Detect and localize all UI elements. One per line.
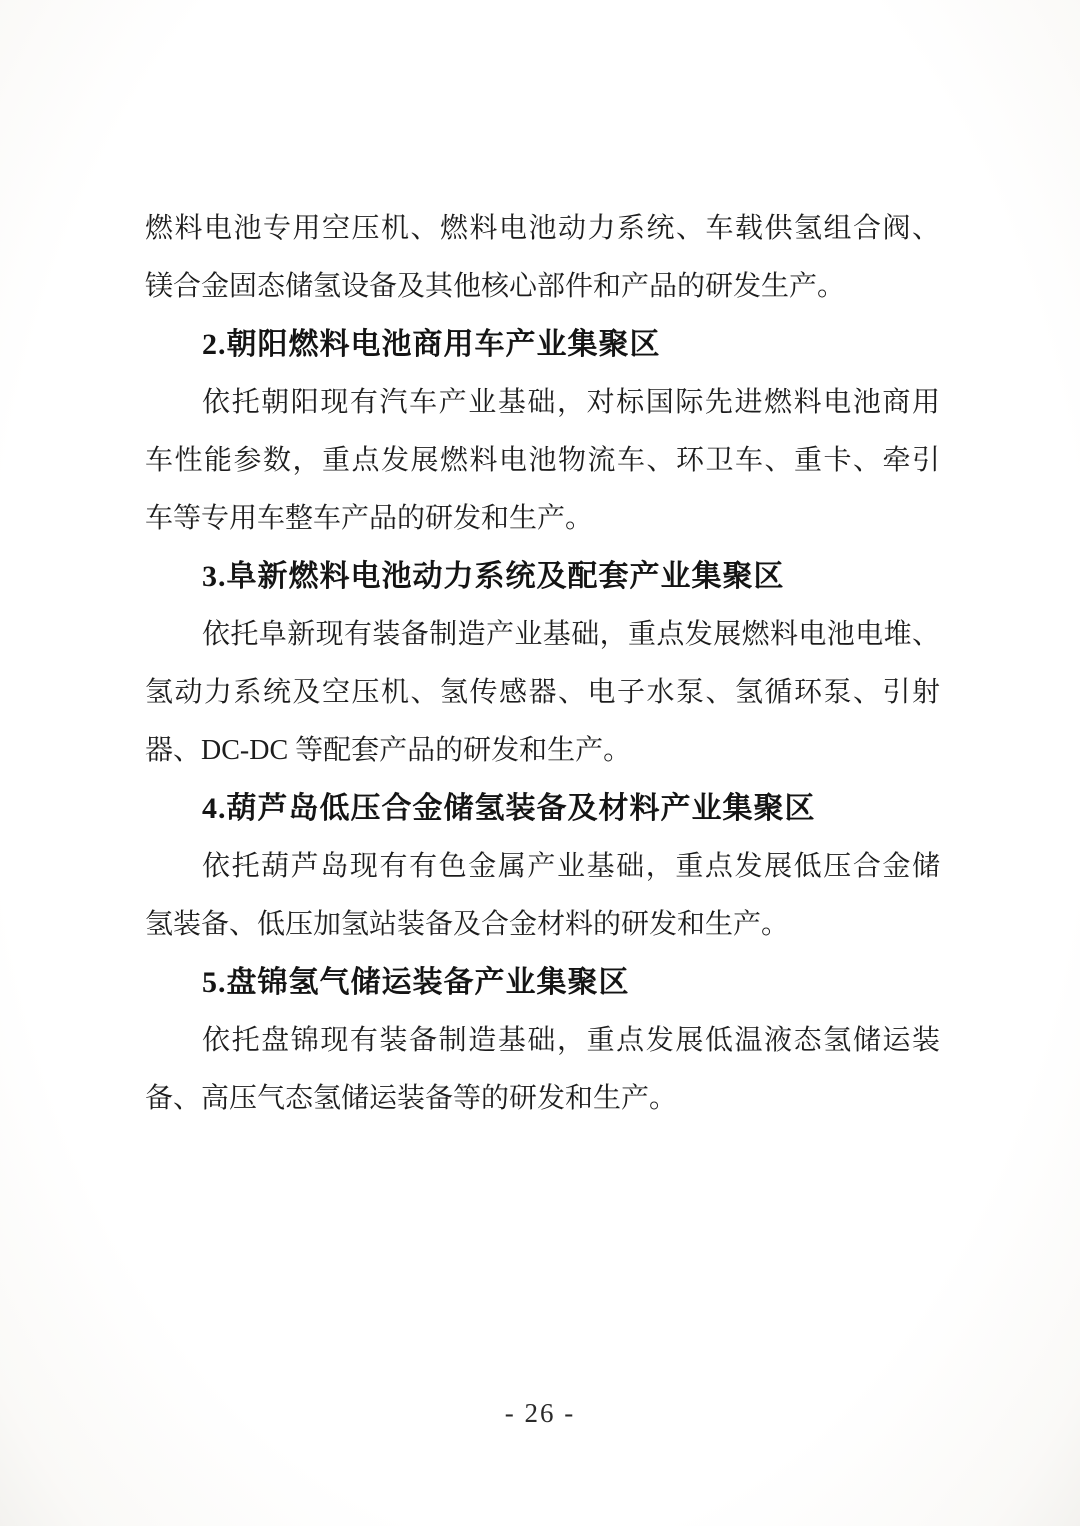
continuation-paragraph-line-1: 燃料电池专用空压机、燃料电池动力系统、车载供氢组合阀、 [145, 200, 940, 258]
section-2-heading: 2.朝阳燃料电池商用车产业集聚区 [145, 316, 940, 374]
page-number: - 26 - [505, 1398, 575, 1428]
continuation-paragraph-line-2: 镁合金固态储氢设备及其他核心部件和产品的研发生产。 [145, 258, 940, 316]
section-3-paragraph-line-1: 依托阜新现有装备制造产业基础，重点发展燃料电池电堆、 [145, 606, 940, 664]
section-5-paragraph-line-2: 备、高压气态氢储运装备等的研发和生产。 [145, 1070, 940, 1128]
document-page: 燃料电池专用空压机、燃料电池动力系统、车载供氢组合阀、 镁合金固态储氢设备及其他… [0, 0, 1080, 1526]
section-3-paragraph-line-3: 器、DC-DC 等配套产品的研发和生产。 [145, 722, 940, 780]
section-3-paragraph-line-2: 氢动力系统及空压机、氢传感器、电子水泵、氢循环泵、引射 [145, 664, 940, 722]
section-4-paragraph-line-1: 依托葫芦岛现有有色金属产业基础，重点发展低压合金储 [145, 838, 940, 896]
section-2-paragraph-line-1: 依托朝阳现有汽车产业基础，对标国际先进燃料电池商用 [145, 374, 940, 432]
page-footer: - 26 - [0, 1398, 1080, 1429]
page-content: 燃料电池专用空压机、燃料电池动力系统、车载供氢组合阀、 镁合金固态储氢设备及其他… [145, 200, 940, 1128]
section-2-paragraph-line-3: 车等专用车整车产品的研发和生产。 [145, 490, 940, 548]
section-3-heading: 3.阜新燃料电池动力系统及配套产业集聚区 [145, 548, 940, 606]
section-5-paragraph-line-1: 依托盘锦现有装备制造基础，重点发展低温液态氢储运装 [145, 1012, 940, 1070]
section-2-paragraph-line-2: 车性能参数，重点发展燃料电池物流车、环卫车、重卡、牵引 [145, 432, 940, 490]
section-4-heading: 4.葫芦岛低压合金储氢装备及材料产业集聚区 [145, 780, 940, 838]
section-4-paragraph-line-2: 氢装备、低压加氢站装备及合金材料的研发和生产。 [145, 896, 940, 954]
section-5-heading: 5.盘锦氢气储运装备产业集聚区 [145, 954, 940, 1012]
